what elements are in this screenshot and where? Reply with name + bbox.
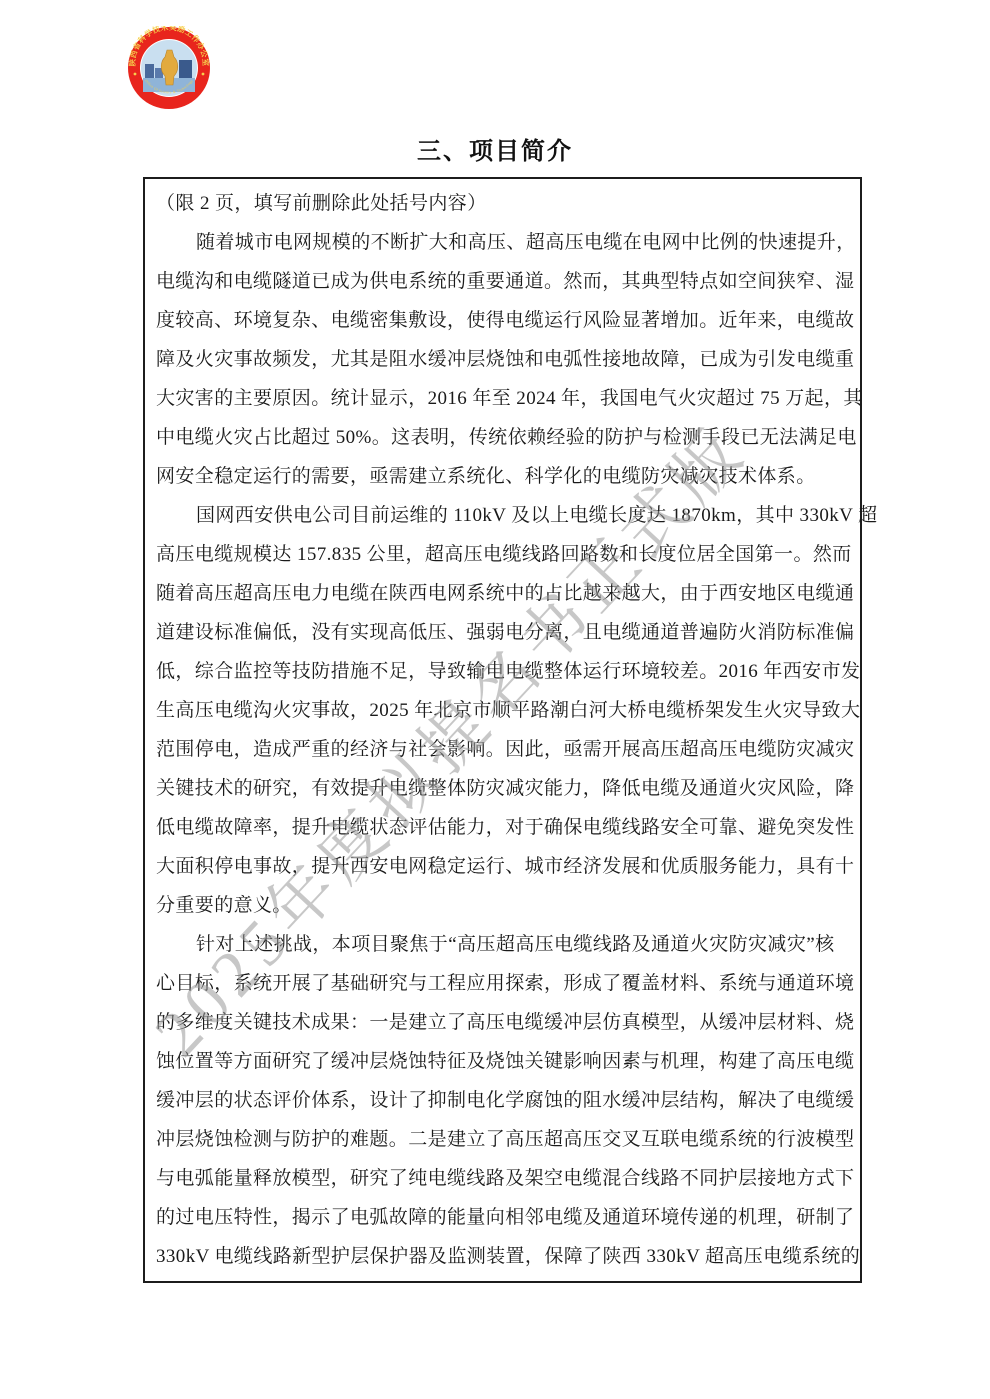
text-line: 网安全稳定运行的需要，亟需建立系统化、科学化的电缆防灾减灾技术体系。: [156, 457, 850, 496]
text-line: 国网西安供电公司目前运维的 110kV 及以上电缆长度达 1870km，其中 3…: [156, 496, 850, 535]
text-line: （限 2 页，填写前删除此处括号内容）: [156, 184, 850, 223]
content-lines: （限 2 页，填写前删除此处括号内容）随着城市电网规模的不断扩大和高压、超高压电…: [156, 184, 850, 1276]
text-line: 缓冲层的状态评价体系，设计了抑制电化学腐蚀的阻水缓冲层结构，解决了电缆缓: [156, 1081, 850, 1120]
text-line: 生高压电缆沟火灾事故，2025 年北京市顺平路潮白河大桥电缆桥架发生火灾导致大: [156, 691, 850, 730]
page-title: 三、项目简介: [0, 131, 990, 166]
text-line: 中电缆火灾占比超过 50%。这表明，传统依赖经验的防护与检测手段已无法满足电: [156, 418, 850, 457]
text-line: 针对上述挑战，本项目聚焦于“高压超高压电缆线路及通道火灾防灾减灾”核: [156, 925, 850, 964]
text-line: 大灾害的主要原因。统计显示，2016 年至 2024 年，我国电气火灾超过 75…: [156, 379, 850, 418]
text-line: 冲层烧蚀检测与防护的难题。二是建立了高压超高压交叉互联电缆系统的行波模型: [156, 1120, 850, 1159]
text-line: 随着城市电网规模的不断扩大和高压、超高压电缆在电网中比例的快速提升，: [156, 223, 850, 262]
logo-dot-right: [202, 73, 205, 76]
logo-dot-left: [134, 73, 137, 76]
text-line: 的过电压特性，揭示了电弧故障的能量向相邻电缆及通道环境传递的机理，研制了: [156, 1198, 850, 1237]
text-line: 的多维度关键技术成果：一是建立了高压电缆缓冲层仿真模型，从缓冲层材料、烧: [156, 1003, 850, 1042]
award-office-logo: 陕西省科学技术奖励工作办公室 Office Of Science & Techn…: [127, 26, 211, 110]
text-line: 障及火灾事故频发，尤其是阻水缓冲层烧蚀和电弧性接地故障，已成为引发电缆重: [156, 340, 850, 379]
text-line: 度较高、环境复杂、电缆密集敷设，使得电缆运行风险显著增加。近年来，电缆故: [156, 301, 850, 340]
text-line: 330kV 电缆线路新型护层保护器及监测装置，保障了陕西 330kV 超高压电缆…: [156, 1237, 850, 1276]
text-line: 道建设标准偏低，没有实现高低压、强弱电分离，且电缆通道普遍防火消防标准偏: [156, 613, 850, 652]
document-page: 陕西省科学技术奖励工作办公室 Office Of Science & Techn…: [0, 0, 990, 1399]
text-line: 低电缆故障率，提升电缆状态评估能力，对于确保电缆线路安全可靠、避免突发性: [156, 808, 850, 847]
text-line: 大面积停电事故，提升西安电网稳定运行、城市经济发展和优质服务能力，具有十: [156, 847, 850, 886]
text-line: 随着高压超高压电力电缆在陕西电网系统中的占比越来越大，由于西安地区电缆通: [156, 574, 850, 613]
text-line: 范围停电，造成严重的经济与社会影响。因此，亟需开展高压超高压电缆防灾减灾: [156, 730, 850, 769]
text-line: 关键技术的研究，有效提升电缆整体防灾减灾能力，降低电缆及通道火灾风险，降: [156, 769, 850, 808]
text-line: 分重要的意义。: [156, 886, 850, 925]
text-line: 电缆沟和电缆隧道已成为供电系统的重要通道。然而，其典型特点如空间狭窄、湿: [156, 262, 850, 301]
text-line: 高压电缆规模达 157.835 公里，超高压电缆线路回路数和长度位居全国第一。然…: [156, 535, 850, 574]
text-line: 低，综合监控等技防措施不足，导致输电电缆整体运行环境较差。2016 年西安市发: [156, 652, 850, 691]
text-line: 心目标，系统开展了基础研究与工程应用探索，形成了覆盖材料、系统与通道环境: [156, 964, 850, 1003]
award-office-logo-svg: 陕西省科学技术奖励工作办公室 Office Of Science & Techn…: [127, 26, 211, 110]
text-line: 与电弧能量释放模型，研究了纯电缆线路及架空电缆混合线路不同护层接地方式下: [156, 1159, 850, 1198]
content-box: （限 2 页，填写前删除此处括号内容）随着城市电网规模的不断扩大和高压、超高压电…: [143, 177, 862, 1283]
text-line: 蚀位置等方面研究了缓冲层烧蚀特征及烧蚀关键影响因素与机理，构建了高压电缆: [156, 1042, 850, 1081]
